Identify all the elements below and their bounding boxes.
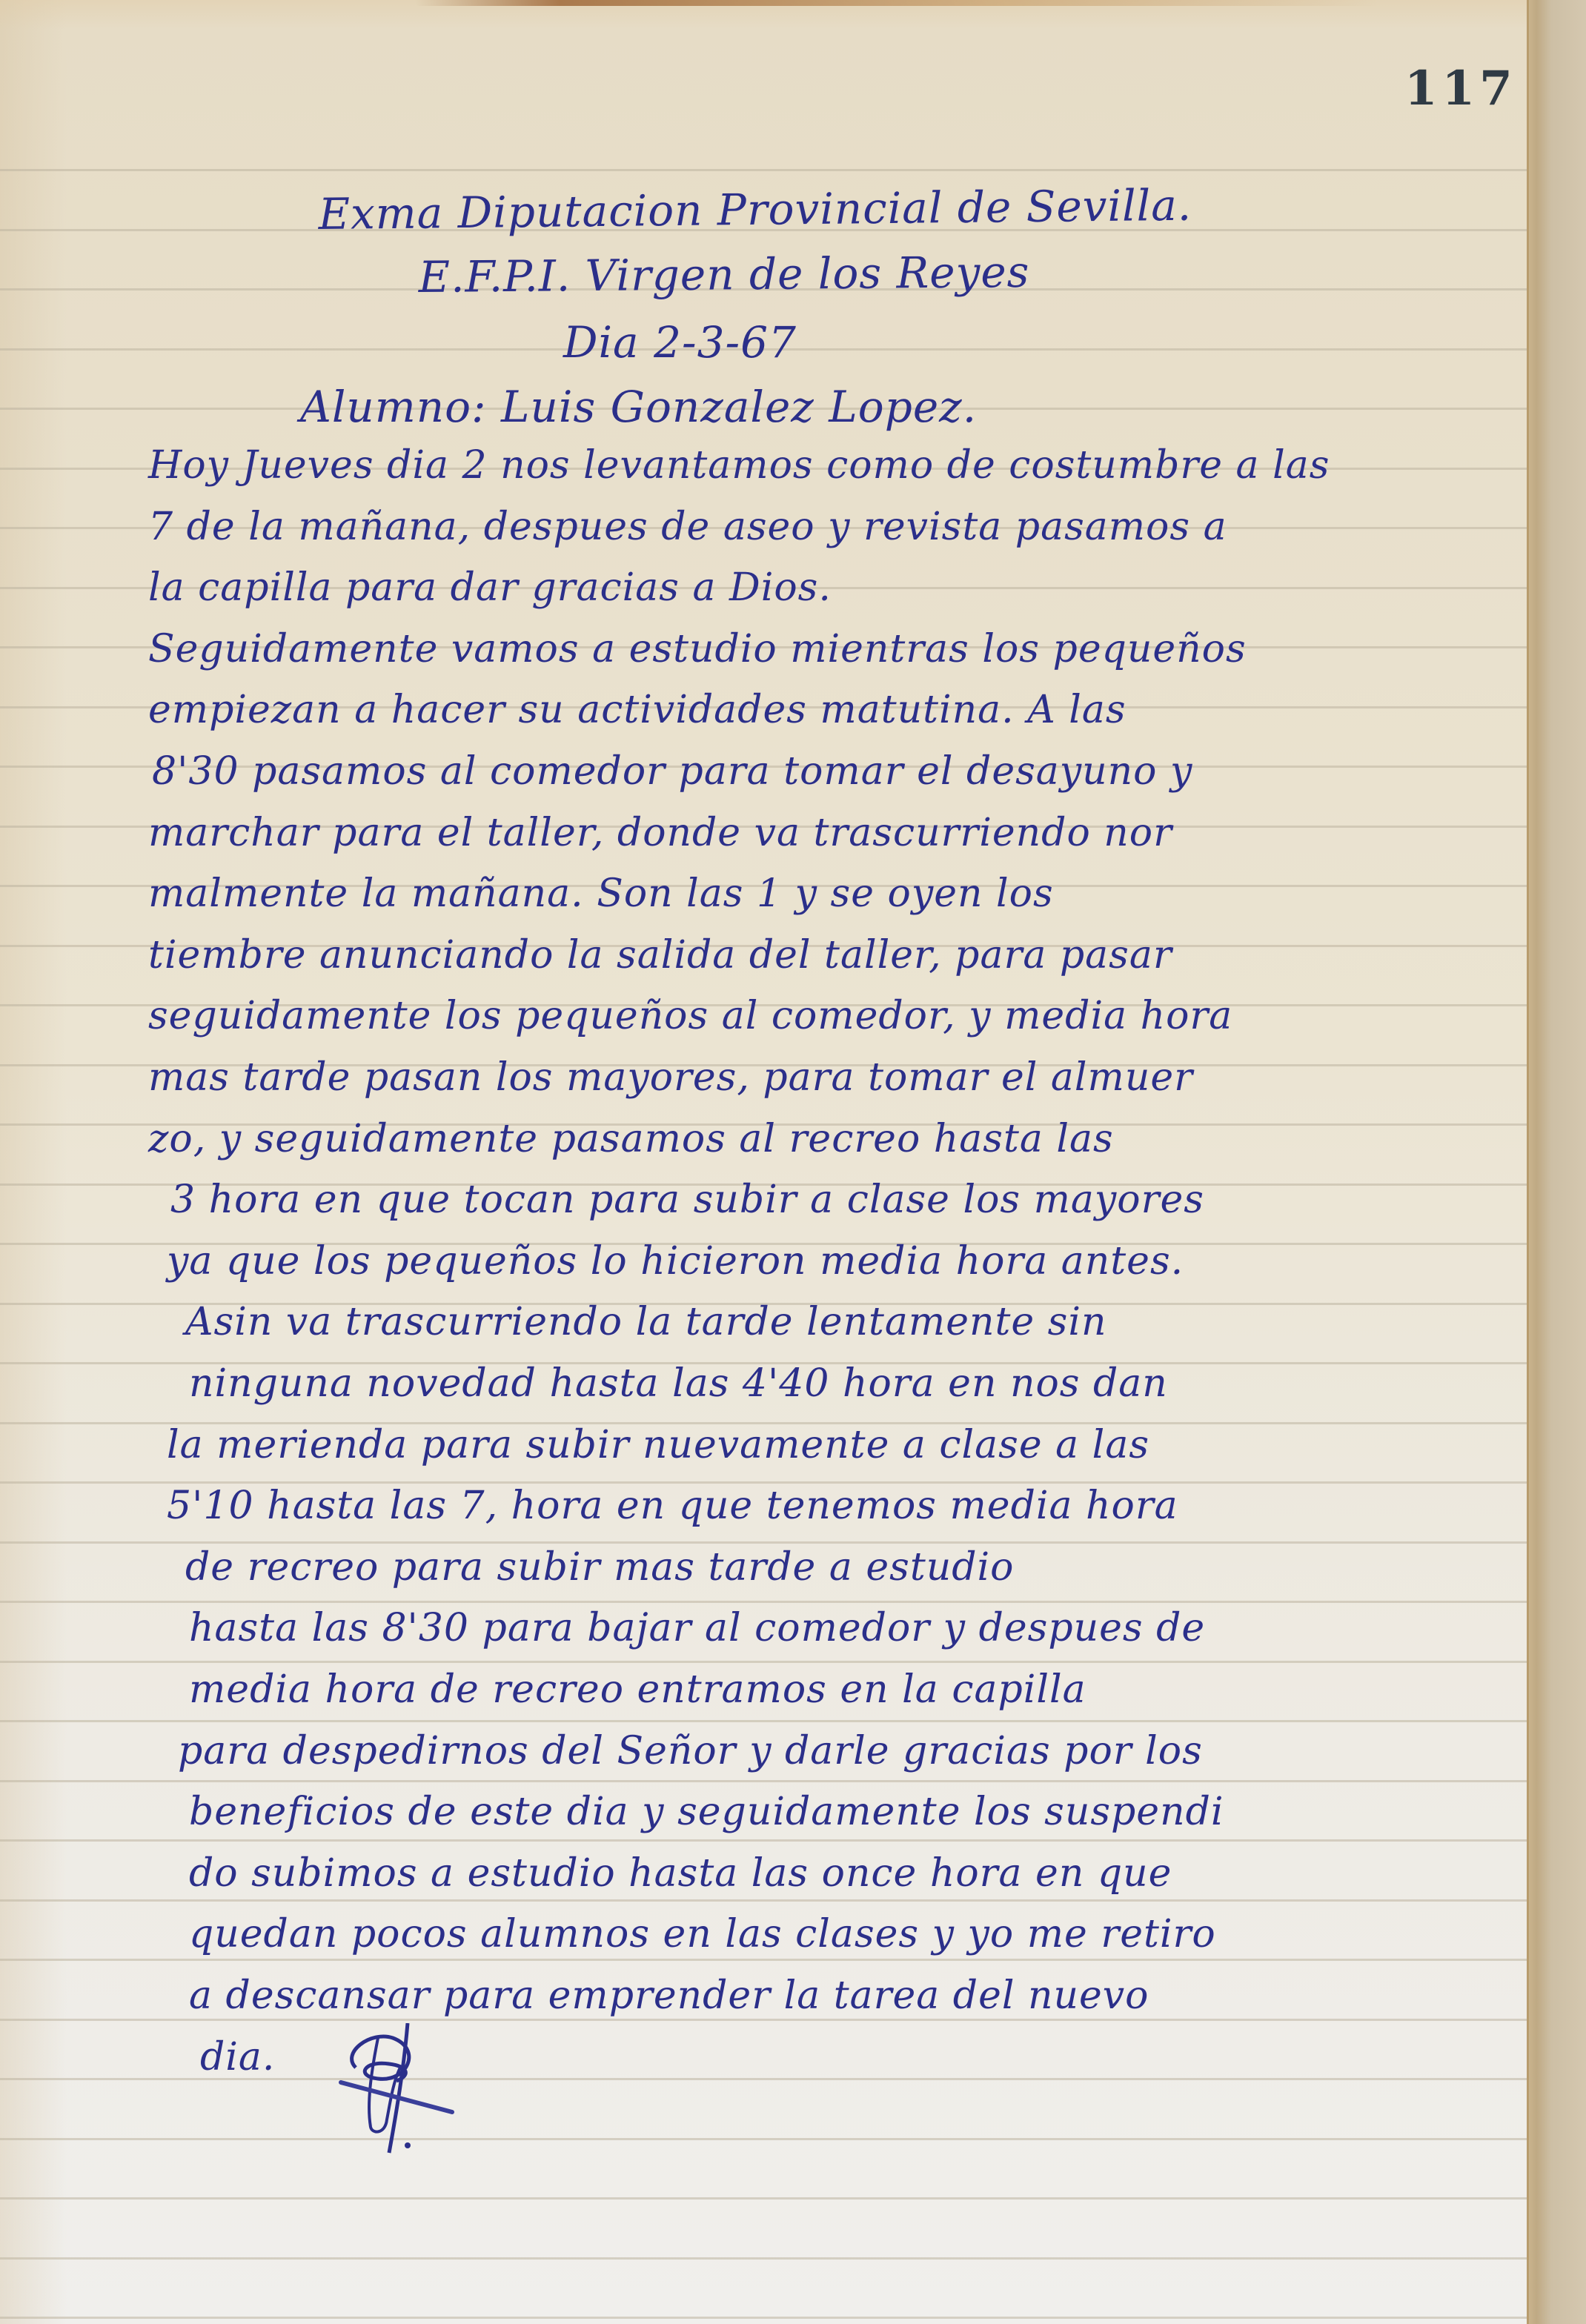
diary-line: 5'10 hasta las 7, hora en que tenemos me… bbox=[167, 1484, 1178, 1528]
diary-line: hasta las 8'30 para bajar al comedor y d… bbox=[189, 1606, 1205, 1650]
ruled-line bbox=[0, 1541, 1527, 1544]
diary-line: Hoy Jueves dia 2 nos levantamos como de … bbox=[148, 443, 1330, 488]
ruled-line bbox=[0, 2138, 1527, 2140]
ruled-line bbox=[0, 169, 1527, 171]
book-binding-edge bbox=[1527, 0, 1586, 2324]
diary-line: tiembre anunciando la salida del taller,… bbox=[148, 933, 1172, 977]
signature-icon bbox=[326, 2023, 578, 2171]
diary-line: 7 de la mañana, despues de aseo y revist… bbox=[148, 505, 1227, 549]
ruled-line bbox=[0, 1661, 1527, 1663]
institution-heading: Exma Diputacion Provincial de Sevilla. bbox=[318, 180, 1192, 239]
diary-line: empiezan a hacer su actividades matutina… bbox=[148, 688, 1127, 732]
ruled-line bbox=[0, 1601, 1527, 1603]
diary-line: seguidamente los pequeños al comedor, y … bbox=[148, 994, 1232, 1038]
student-line: Alumno: Luis Gonzalez Lopez. bbox=[300, 382, 977, 432]
diary-line: quedan pocos alumnos en las clases y yo … bbox=[189, 1912, 1216, 1956]
diary-line: ya que los pequeños lo hicieron media ho… bbox=[167, 1239, 1184, 1284]
school-heading: E.F.P.I. Virgen de los Reyes bbox=[418, 247, 1029, 302]
diary-line: ninguna novedad hasta las 4'40 hora en n… bbox=[189, 1361, 1168, 1406]
diary-line: para despedirnos del Señor y darle graci… bbox=[178, 1729, 1203, 1773]
diary-line: do subimos a estudio hasta las once hora… bbox=[189, 1851, 1172, 1896]
diary-line: 3 hora en que tocan para subir a clase l… bbox=[170, 1178, 1204, 1222]
diary-line: la merienda para subir nuevamente a clas… bbox=[167, 1423, 1149, 1467]
ruled-line bbox=[0, 2197, 1527, 2199]
diary-line: Asin va trascurriendo la tarde lentament… bbox=[185, 1300, 1106, 1344]
ruled-line bbox=[0, 2019, 1527, 2021]
ruled-line bbox=[0, 1720, 1527, 1722]
diary-line: la capilla para dar gracias a Dios. bbox=[148, 565, 832, 610]
diary-line: malmente la mañana. Son las 1 y se oyen … bbox=[148, 871, 1054, 916]
ruled-line bbox=[0, 1959, 1527, 1961]
diary-line: a descansar para emprender la tarea del … bbox=[189, 1973, 1149, 2018]
diary-line: 8'30 pasamos al comedor para tomar el de… bbox=[152, 749, 1192, 794]
date-line: Dia 2-3-67 bbox=[563, 317, 797, 368]
diary-line: zo, y seguidamente pasamos al recreo has… bbox=[148, 1117, 1114, 1161]
ruled-line bbox=[0, 2317, 1527, 2319]
notebook-page: 117 Exma Diputacion Provincial de Sevill… bbox=[0, 0, 1527, 2324]
diary-line: media hora de recreo entramos en la capi… bbox=[189, 1667, 1086, 1712]
ruled-line bbox=[0, 1839, 1527, 1842]
ruled-line bbox=[0, 1780, 1527, 1782]
diary-line: dia. bbox=[200, 2035, 275, 2079]
diary-line: beneficios de este dia y seguidamente lo… bbox=[189, 1790, 1224, 1834]
ruled-line bbox=[0, 2257, 1527, 2260]
ruled-line bbox=[0, 1899, 1527, 1902]
diary-line: Seguidamente vamos a estudio mientras lo… bbox=[148, 627, 1247, 671]
diary-line: mas tarde pasan los mayores, para tomar … bbox=[148, 1055, 1193, 1100]
page-number: 117 bbox=[1404, 61, 1517, 116]
diary-line: marchar para el taller, donde va trascur… bbox=[148, 811, 1172, 855]
diary-line: de recreo para subir mas tarde a estudio bbox=[185, 1545, 1014, 1590]
